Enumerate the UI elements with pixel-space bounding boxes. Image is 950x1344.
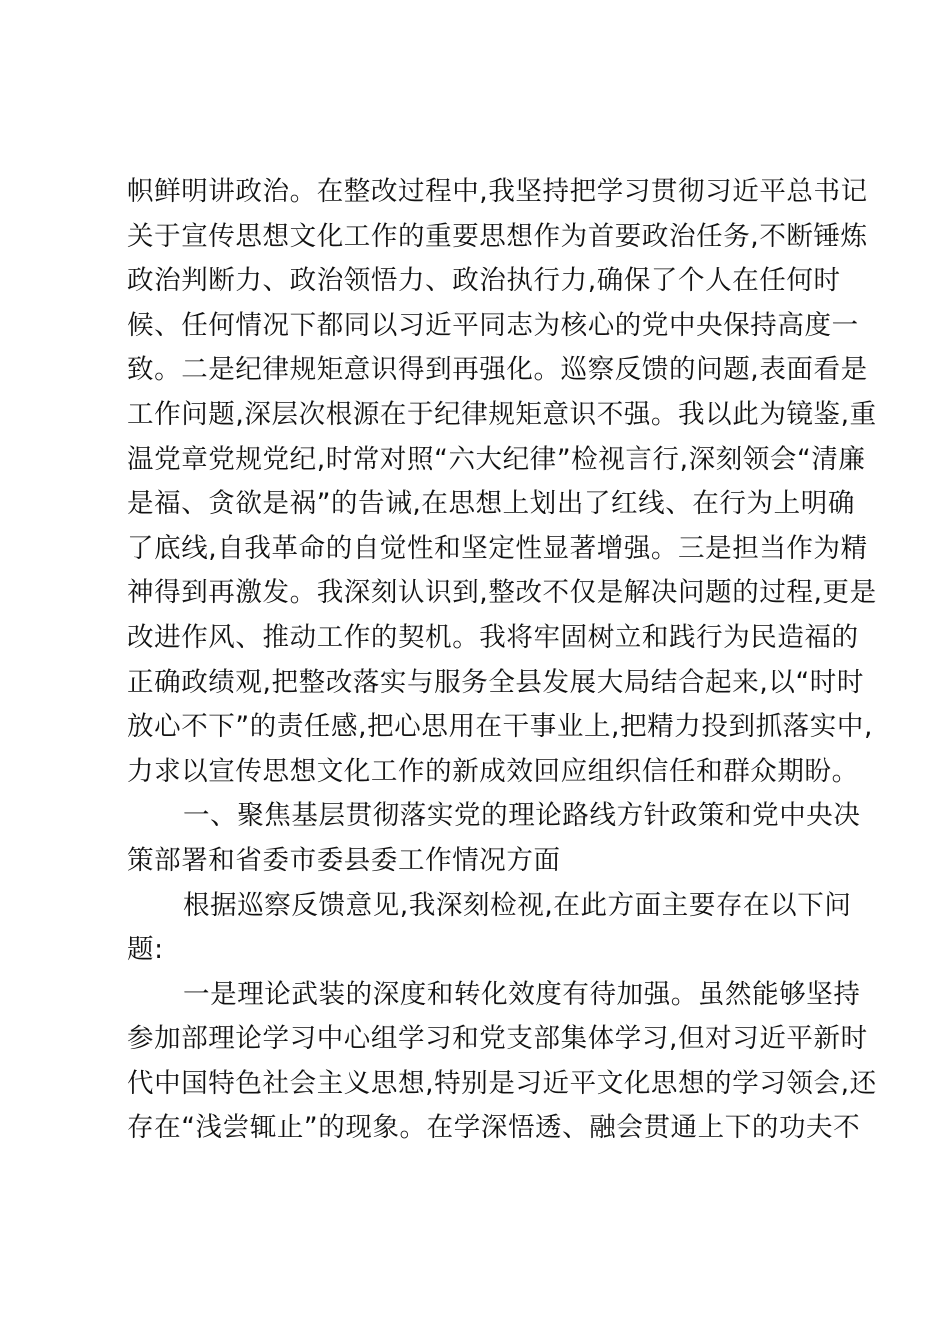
text-line: 关于宣传思想文化工作的重要思想作为首要政治任务,不断锤炼 bbox=[127, 215, 833, 260]
text-line: 政治判断力、政治领悟力、政治执行力,确保了个人在任何时 bbox=[127, 259, 837, 304]
text-line: 根据巡察反馈意见,我深刻检视,在此方面主要存在以下问 bbox=[127, 884, 833, 929]
section-heading-line: 策部署和省委市委县委工作情况方面 bbox=[127, 839, 837, 884]
text-line: 改进作风、推动工作的契机。我将牢固树立和践行为民造福的 bbox=[127, 616, 833, 661]
text-line: 致。二是纪律规矩意识得到再强化。巡察反馈的问题,表面看是 bbox=[127, 348, 833, 393]
text-line: 力求以宣传思想文化工作的新成效回应组织信任和群众期盼。 bbox=[127, 750, 833, 795]
text-line: 存在“浅尝辄止”的现象。在学深悟透、融会贯通上下的功夫不 bbox=[127, 1106, 833, 1151]
text-line: 参加部理论学习中心组学习和党支部集体学习,但对习近平新时 bbox=[127, 1017, 833, 1062]
text-line: 了底线,自我革命的自觉性和坚定性显著增强。三是担当作为精 bbox=[127, 527, 833, 572]
text-line: 正确政绩观,把整改落实与服务全县发展大局结合起来,以“时时 bbox=[127, 661, 833, 706]
text-line: 放心不下”的责任感,把心思用在干事业上,把精力投到抓落实中, bbox=[127, 705, 833, 750]
text-line: 题: bbox=[127, 928, 837, 973]
document-text: 帜鲜明讲政治。在整改过程中,我坚持把学习贯彻习近平总书记 关于宣传思想文化工作的… bbox=[127, 170, 837, 1151]
text-line: 候、任何情况下都同以习近平同志为核心的党中央保持高度一 bbox=[127, 304, 833, 349]
text-line: 代中国特色社会主义思想,特别是习近平文化思想的学习领会,还 bbox=[127, 1062, 833, 1107]
text-line: 一是理论武装的深度和转化效度有待加强。虽然能够坚持 bbox=[127, 973, 833, 1018]
text-line: 温党章党规党纪,时常对照“六大纪律”检视言行,深刻领会“清廉 bbox=[127, 438, 833, 483]
document-page: 帜鲜明讲政治。在整改过程中,我坚持把学习贯彻习近平总书记 关于宣传思想文化工作的… bbox=[0, 0, 950, 1344]
text-line: 神得到再激发。我深刻认识到,整改不仅是解决问题的过程,更是 bbox=[127, 571, 833, 616]
text-line: 工作问题,深层次根源在于纪律规矩意识不强。我以此为镜鉴,重 bbox=[127, 393, 833, 438]
section-heading-line: 一、聚焦基层贯彻落实党的理论路线方针政策和党中央决 bbox=[127, 794, 833, 839]
text-line: 帜鲜明讲政治。在整改过程中,我坚持把学习贯彻习近平总书记 bbox=[127, 170, 833, 215]
text-line: 是福、贪欲是祸”的告诫,在思想上划出了红线、在行为上明确 bbox=[127, 482, 833, 527]
